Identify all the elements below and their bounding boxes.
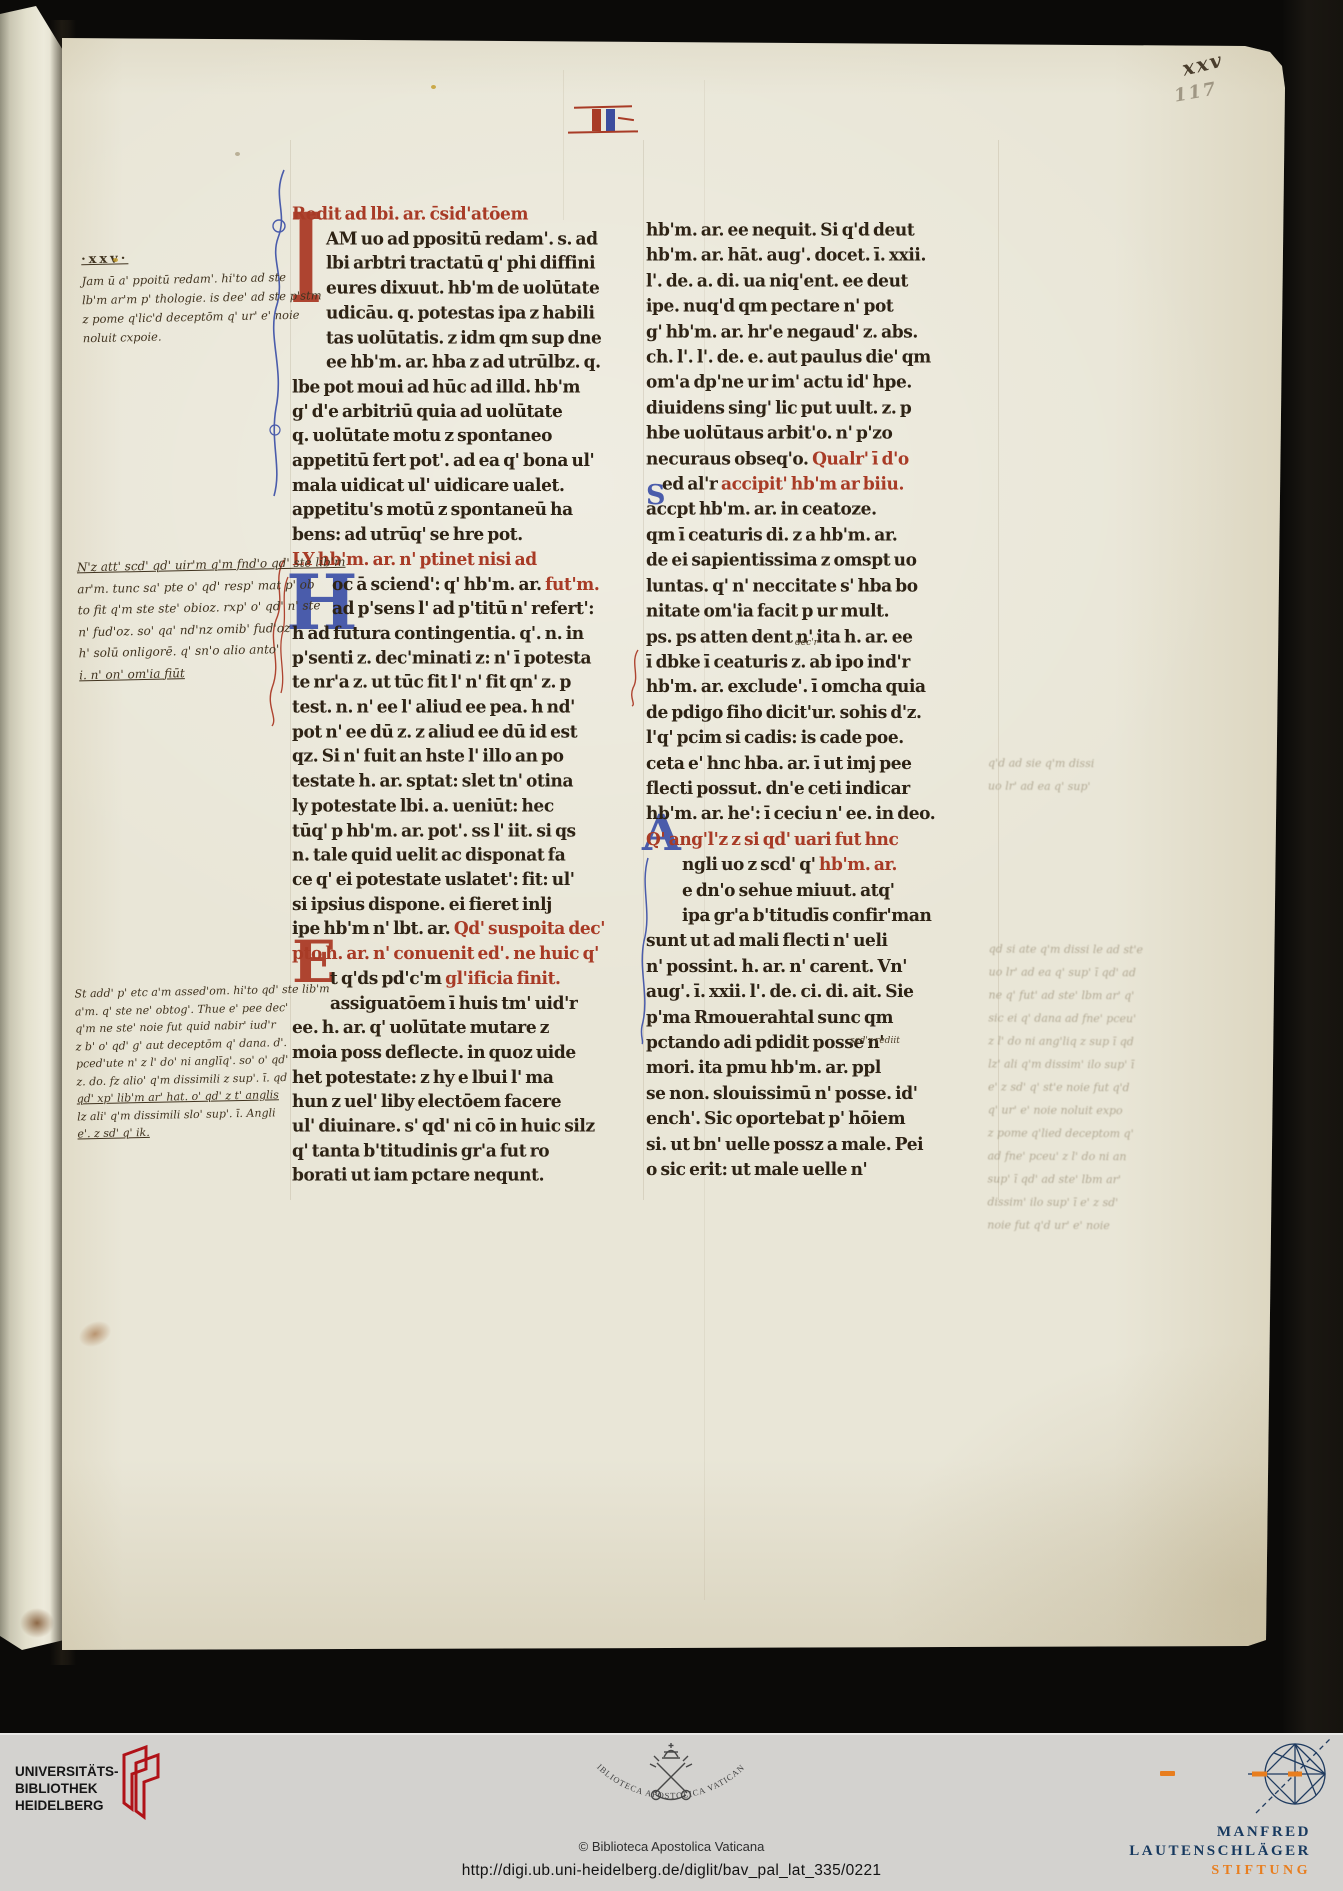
numeral-stroke [574, 105, 632, 109]
text-run: appetitu's motū z spontaneū ha [292, 500, 573, 521]
folio-number-roman: xxv [1180, 47, 1226, 80]
text-line: ee. h. ar. q' uolūtate mutare z [292, 1016, 644, 1041]
interlinear-gloss: dec'r [795, 638, 818, 648]
stiftung-logo [1228, 1737, 1338, 1817]
text-run: hb'm. ar. he': ī ceciu n' ee. in deo. [646, 804, 935, 825]
text-run: AM uo ad ppositū redam'. s. ad [326, 229, 598, 250]
text-line: h ad futura contingentia. q'. n. in [292, 622, 644, 647]
text-line: appetitu's motū z spontaneū ha [292, 499, 644, 524]
scan-photo-area: xxv 117 I H E S [0, 0, 1343, 1733]
text-run: de ei sapientissima z omspt uo [646, 550, 917, 571]
ub-heidelberg-logo-text: UNIVERSITÄTS- BIBLIOTHEK HEIDELBERG [15, 1763, 119, 1814]
text-run: ad fne' pceu' z l' do ni an [988, 1150, 1127, 1164]
text-run: necuraus obseq'o. [646, 449, 812, 470]
text-run: lz' ali q'm dissim' ilo sup' ī [988, 1058, 1134, 1072]
text-line: udicāu. q. potestas ipa z habili [292, 302, 644, 327]
text-run: q'm ne ste' noie fut quid nabir' iud'r [75, 1018, 276, 1035]
text-line: AM uo ad ppositū redam'. s. ad [292, 228, 644, 253]
text-run: uo lr' ad ea q' sup' [988, 780, 1091, 794]
text-run: udicāu. q. potestas ipa z habili [326, 303, 595, 324]
text-line: e'. z sd' q' ik. [77, 1121, 312, 1143]
gold-speck [431, 85, 436, 89]
text-line: uo lr' ad ea q' sup' [988, 775, 1158, 799]
text-line: lbe pot moui ad hūc ad illd. hb'm [292, 376, 644, 401]
text-line: necuraus obseq'o. Qualr' ī d'o [646, 446, 998, 471]
text-run: q. uolūtate motu z spontaneo [292, 426, 552, 447]
text-line: testate h. ar. sptat: slet tn' otina [292, 770, 644, 795]
text-run: z l' do ni ang'liq z sup ī qd [988, 1035, 1134, 1049]
text-line: tūq' p hb'm. ar. pot'. ss l' iit. si qs [292, 819, 644, 844]
text-run: z pome q'lic'd deceptōm q' ur' e' noie [82, 308, 299, 327]
text-run: hb'm. ar. exclude'. ī omcha quia [646, 677, 926, 698]
text-line: q. uolūtate motu z spontaneo [292, 425, 644, 450]
text-run: sic ei q' dana ad fne' pceu' [988, 1012, 1136, 1026]
text-run: p'senti z. dec'minati z: n' ī potesta [292, 648, 591, 669]
gold-speck [113, 258, 118, 262]
text-run: aug'. ī. xxii. l'. de. ci. di. ait. Sie [646, 982, 914, 1003]
background-cloth [1283, 0, 1343, 1733]
text-line: sunt ut ad mali flecti n' ueli [646, 929, 998, 954]
text-line: ly potestate lbi. a. ueniūt: hec [292, 795, 644, 820]
text-run: ī dbke ī ceaturis z. ab ipo ind'r [646, 652, 910, 673]
text-run: si ipsius dispone. ei fieret inlj [292, 894, 552, 915]
text-line: hb'm. ar. exclude'. ī omcha quia [646, 675, 998, 700]
numeral-stroke [568, 130, 638, 133]
text-run: oc ā sciend': q' hb'm. ar. [332, 574, 545, 595]
text-run: pot n' ee dū z. z aliud ee dū id est [292, 722, 577, 743]
text-line: qm ī ceaturis di. z a hb'm. ar. [646, 523, 998, 548]
text-run: e' z sd' q' st'e noie fut q'd [988, 1081, 1130, 1095]
text-run: testate h. ar. sptat: slet tn' otina [292, 771, 573, 792]
text-line: de ei sapientissima z omspt uo [646, 548, 998, 573]
text-run: ipe. nuq'd qm pectare n' pot [646, 296, 893, 317]
text-line: dissim' ilo sup' ī e' z sd' [987, 1191, 1167, 1215]
text-run: uo lr' ad ea q' sup' ī qd' ad [989, 966, 1136, 980]
text-run: appetitū fert pot'. ad ea q' bona ul' [292, 451, 594, 472]
text-line: n. tale quid uelit ac disponat fa [292, 844, 644, 869]
text-line: e dn'o sehue miuut. atq' [646, 878, 998, 903]
text-run: dissim' ilo sup' ī e' z sd' [987, 1196, 1118, 1210]
text-run: hun z uel' liby electōem facere [292, 1091, 561, 1112]
text-line: ipa gr'a b'titudīs confir'man [646, 903, 998, 928]
stiftung-logo-text: MANFRED LAUTENSCHLÄGER STIFTUNG [1129, 1823, 1311, 1880]
text-run: a'm. q' ste ne' obtog'. Thue e' pee dec' [75, 1001, 289, 1018]
text-line: noie fut q'd ur' e' noie [987, 1214, 1167, 1238]
text-line: p'ma Rmouerahtal sunc qm [646, 1005, 998, 1030]
text-line: ch. l'. l'. de. e. aut paulus die' qm [646, 345, 998, 370]
text-run: test. n. n' ee l' aliud ee pea. h nd' [292, 697, 575, 718]
text-line: l'. de. a. di. ua niq'ent. ee deut [646, 269, 998, 294]
text-line: g' d'e arbitriū quia ad uolūtate [292, 400, 644, 425]
text-line: se non. slouissimū n' posse. id' [646, 1081, 998, 1106]
text-run: h ad futura contingentia. q'. n. in [292, 623, 584, 644]
text-run: flecti possut. dn'e ceti indicar [646, 778, 910, 799]
text-run: gl'ificia finit. [445, 968, 560, 989]
text-line: diuidens sing' lic put uult. z. p [646, 396, 998, 421]
margin-note: St add' p' etc a'm assed'om. hi'to qd' s… [74, 981, 312, 1143]
text-line: tas uolūtatis. z idm qm sup dne [292, 326, 644, 351]
text-run: borati ut iam pctare nequnt. [292, 1165, 544, 1186]
text-run: hbe uolūtaus arbit'o. n' p'zo [646, 423, 892, 444]
text-line: assiguatōem ī huis tm' uid'r [292, 992, 644, 1017]
text-column-left: Redit ad lbi. ar. c̄sid'atōemAM uo ad pp… [292, 203, 644, 1189]
text-line: ne q' fut' ad ste' lbm ar' q' [988, 984, 1168, 1008]
text-run: pto h. ar. n' conuenit ed'. ne huic q' [292, 944, 599, 965]
interlinear-gloss: scd'r rediit [850, 1036, 900, 1046]
text-run: Qd' suspoita dec' [454, 919, 605, 940]
margin-note-body: St add' p' etc a'm assed'om. hi'to qd' s… [74, 981, 312, 1143]
text-run: Qualr' ī d'o [812, 449, 909, 470]
text-run: pctando adi pdidit posse n' [646, 1032, 884, 1053]
text-line: flecti possut. dn'e ceti indicar [646, 776, 998, 801]
text-run: om'a dp'ne ur im' actu id' hpe. [646, 372, 912, 393]
text-run: ed al'r [662, 474, 721, 495]
text-line: g' hb'm. ar. hr'e negaud' z. abs. [646, 320, 998, 345]
numeral-flourish [618, 117, 634, 121]
text-run: ench'. Sic oportebat p' hōiem [646, 1108, 905, 1129]
show-through-text: qd si ate q'm dissi le ad st'euo lr' ad … [987, 938, 1169, 1238]
text-line: o sic erit: ut male uelle n' [646, 1157, 998, 1182]
text-line: ce q' ei potestate uslatet': fit: ul' [292, 869, 644, 894]
ub-logo-line3: HEIDELBERG [15, 1797, 119, 1814]
crease-line [563, 70, 564, 220]
text-line: mala uidicat ul' uidicare ualet. [292, 474, 644, 499]
text-run: q'd ad sie q'm dissi [988, 757, 1094, 771]
text-line: si. ut bn' uelle possz a male. Pei [646, 1132, 998, 1157]
text-run: het potestate: z hy e lbui l' ma [292, 1067, 553, 1088]
text-run: ee. h. ar. q' uolūtate mutare z [292, 1018, 549, 1039]
text-run: g' hb'm. ar. hr'e negaud' z. abs. [646, 322, 918, 343]
text-run: se non. slouissimū n' posse. id' [646, 1083, 918, 1104]
manuscript-page: xxv 117 I H E S [62, 30, 1285, 1652]
text-run: q' ur' e' noie noluit expo [988, 1104, 1123, 1118]
folio-number-arabic: 117 [1173, 78, 1220, 106]
text-run: n. tale quid uelit ac disponat fa [292, 845, 565, 866]
margin-note-body: Jam ū a' ppoitū redam'. hi'to ad stelb'm… [81, 268, 298, 348]
text-line: n' possint. h. ar. n' carent. Vn' [646, 954, 998, 979]
text-run: tūq' p hb'm. ar. pot'. ss l' iit. si qs [292, 820, 576, 841]
text-run: ad p'sens l' ad p'titū n' refert': [332, 598, 594, 619]
text-line: pctando adi pdidit posse n' [646, 1030, 998, 1055]
text-run: te nr'a z. ut tūc fit l' n' fit qn' z. p [292, 672, 571, 693]
text-run: l'. de. a. di. ua niq'ent. ee deut [646, 271, 908, 292]
text-line: ipe hb'm n' lbt. ar. Qd' suspoita dec' [292, 918, 644, 943]
text-run: q' tanta b'titudinis gr'a fut ro [292, 1141, 549, 1162]
text-line: om'a dp'ne ur im' actu id' hpe. [646, 370, 998, 395]
text-run: o sic erit: ut male uelle n' [646, 1159, 867, 1180]
text-line: hb'm. ar. hāt. aug'. docet. ī. xxii. [646, 243, 998, 268]
margin-note-body: N'z att' scd' qd' uir'm q'm fnd'o qd' st… [77, 553, 305, 687]
text-line: Redit ad lbi. ar. c̄sid'atōem [292, 203, 644, 228]
text-run: sunt ut ad mali flecti n' ueli [646, 931, 888, 952]
text-line: ipe. nuq'd qm pectare n' pot [646, 294, 998, 319]
ink-stain [75, 1316, 116, 1352]
text-run: noluit cxpoie. [83, 330, 162, 346]
text-run: ar'm. tunc sa' pte o' qd' resp' mat p' o… [77, 577, 315, 596]
text-run: qd' xp' lib'm ar' hat. o' qd' z t' angli… [77, 1088, 279, 1105]
text-run: i. n' on' om'ia fiūt [79, 666, 185, 682]
text-line: nitate om'ia facit p ur mult. [646, 599, 998, 624]
text-run: hb'm. ar. [819, 855, 897, 876]
text-run: tas uolūtatis. z idm qm sup dne [326, 327, 601, 348]
text-line: ps. ps atten dent n' ita h. ar. ee [646, 624, 998, 649]
text-line: aug'. ī. xxii. l'. de. ci. di. ait. Sie [646, 979, 998, 1004]
text-line: lbi arbtri tractatū q' phi diffini [292, 252, 644, 277]
text-line: q' tanta b'titudinis gr'a fut ro [292, 1140, 644, 1165]
text-line: q' ur' e' noie noluit expo [988, 1099, 1168, 1123]
ub-logo-line1: UNIVERSITÄTS- [15, 1763, 119, 1780]
text-run: hb'm. ar. ee nequit. Si q'd deut [646, 220, 914, 241]
text-run: ipe hb'm n' lbt. ar. [292, 919, 454, 940]
text-run: assiguatōem ī huis tm' uid'r [330, 993, 577, 1014]
text-line: accpt hb'm. ar. in ceatoze. [646, 497, 998, 522]
text-run: ee hb'm. ar. hba z ad utrūlbz. q. [326, 352, 601, 373]
text-run: ly potestate lbi. a. ueniūt: hec [292, 796, 554, 817]
text-line: hb'm. ar. he': ī ceciu n' ee. in deo. [646, 802, 998, 827]
digitized-manuscript-viewer: xxv 117 I H E S [0, 0, 1343, 1891]
text-run: pced'ute n' z l' do' ni anglīq'. so' o' … [76, 1053, 289, 1070]
text-line: pot n' ee dū z. z aliud ee dū id est [292, 721, 644, 746]
text-run: n' possint. h. ar. n' carent. Vn' [646, 956, 907, 977]
text-run: p'ma Rmouerahtal sunc qm [646, 1007, 893, 1028]
text-line: ench'. Sic oportebat p' hōiem [646, 1106, 998, 1131]
text-run: Redit ad lbi. ar. c̄sid'atōem [292, 204, 528, 225]
text-run: moia poss deflecte. in quoz uide [292, 1042, 576, 1063]
text-column-right: hb'm. ar. ee nequit. Si q'd deuthb'm. ar… [646, 218, 998, 1183]
text-run: l'q' pcim si cadis: is cade poe. [646, 728, 904, 749]
text-run: accipit' hb'm ar biiu. [721, 474, 904, 495]
text-line: ad p'sens l' ad p'titū n' refert': [292, 597, 644, 622]
text-run: lbi arbtri tractatū q' phi diffini [326, 253, 595, 274]
ub-heidelberg-logo-icon [108, 1743, 166, 1825]
text-line: test. n. n' ee l' aliud ee pea. h nd' [292, 696, 644, 721]
stiftung-line1: MANFRED [1129, 1823, 1311, 1842]
text-line: ī dbke ī ceaturis z. ab ipo ind'r [646, 650, 998, 675]
text-run: ce q' ei potestate uslatet': fit: ul' [292, 870, 575, 891]
text-run: ngli uo z scd' q' [682, 855, 819, 876]
text-run: de pdigo fiho dicit'ur. sohis d'z. [646, 702, 921, 723]
stiftung-line3: STIFTUNG [1129, 1861, 1311, 1880]
text-run: ceta e' hnc hba. ar. ī ut imj pee [646, 753, 912, 774]
text-line: de pdigo fiho dicit'ur. sohis d'z. [646, 700, 998, 725]
text-run: fut'm. [545, 574, 599, 595]
text-run: accpt hb'm. ar. in ceatoze. [646, 499, 877, 520]
text-run: qm ī ceaturis di. z a hb'm. ar. [646, 525, 897, 546]
text-run: ps. ps atten dent n' ita h. ar. ee [646, 626, 913, 647]
text-run: g' d'e arbitriū quia ad uolūtate [292, 401, 562, 422]
text-line: mori. ita pmu hb'm. ar. ppl [646, 1056, 998, 1081]
text-run: eures dixuut. hb'm de uolūtate [326, 278, 599, 299]
text-line: borati ut iam pctare nequnt. [292, 1164, 644, 1189]
stiftung-orange-dash [1160, 1771, 1175, 1776]
text-line: uo lr' ad ea q' sup' ī qd' ad [989, 961, 1169, 985]
text-run: ul' diuinare. s' qd' ni cō in huic silz [292, 1116, 595, 1137]
text-run: n' fud'oz. so' qa' nd'nz omib' fud'oz [78, 620, 290, 638]
text-line: moia poss deflecte. in quoz uide [292, 1041, 644, 1066]
text-line: ed al'r accipit' hb'm ar biiu. [646, 472, 998, 497]
text-run: z. do. fz alio' q'm dissimili z sup'. ī.… [76, 1071, 287, 1088]
text-run: noie fut q'd ur' e' noie [987, 1219, 1110, 1233]
speck [235, 152, 240, 156]
text-run: bens: ad utrūq' se hre pot. [292, 525, 523, 546]
text-run: luntas. q' n' neccitate s' hba bo [646, 575, 918, 596]
text-line: ee hb'm. ar. hba z ad utrūlbz. q. [292, 351, 644, 376]
text-line: si ipsius dispone. ei fieret inlj [292, 893, 644, 918]
text-run: lz ali' q'm dissimili slo' sup'. ī. Angl… [77, 1106, 276, 1123]
text-line: te nr'a z. ut tūc fit l' n' fit qn' z. p [292, 671, 644, 696]
text-line: sic ei q' dana ad fne' pceu' [988, 1007, 1168, 1031]
text-run: mala uidicat ul' uidicare ualet. [292, 475, 564, 496]
text-run: ch. l'. l'. de. e. aut paulus die' qm [646, 347, 931, 368]
text-run: t q'ds pd'c'm [330, 968, 445, 989]
text-run: ne q' fut' ad ste' lbm ar' q' [988, 989, 1134, 1003]
text-run: hb'm. ar. hāt. aug'. docet. ī. xxii. [646, 245, 926, 266]
text-line: q'd ad sie q'm dissi [988, 752, 1158, 776]
text-line: qz. Si n' fuit an hste l' illo an po [292, 745, 644, 770]
text-line: e' z sd' q' st'e noie fut q'd [988, 1076, 1168, 1100]
text-line: ad fne' pceu' z l' do ni an [988, 1145, 1168, 1169]
text-line: luntas. q' n' neccitate s' hba bo [646, 573, 998, 598]
text-run: qz. Si n' fuit an hste l' illo an po [292, 746, 564, 767]
text-line: t q'ds pd'c'm gl'ificia finit. [292, 967, 644, 992]
text-line: hb'm. ar. ee nequit. Si q'd deut [646, 218, 998, 243]
text-line: ceta e' hnc hba. ar. ī ut imj pee [646, 751, 998, 776]
text-line: z l' do ni ang'liq z sup ī qd [988, 1030, 1168, 1054]
text-line: z pome q'lied deceptom q' [988, 1122, 1168, 1146]
text-line: het potestate: z hy e lbui l' ma [292, 1066, 644, 1091]
text-line: lz' ali q'm dissim' ilo sup' ī [988, 1053, 1168, 1077]
text-run: z b' o' qd' g' aut deceptōm q' dana. d'. [76, 1036, 288, 1053]
text-run: ipa gr'a b'titudīs confir'man [682, 905, 931, 926]
text-line: Q' ang'l'z z si qd' uari fut hnc [646, 827, 998, 852]
text-run: e'. z sd' q' ik. [77, 1126, 150, 1141]
text-run: mori. ita pmu hb'm. ar. ppl [646, 1058, 881, 1079]
vatican-seal: BIBLIOTECA APOSTOLICA VATICANA [586, 1741, 756, 1831]
gutter-stain [20, 1608, 54, 1638]
folio-header-numeral [568, 100, 642, 138]
text-line: ul' diuinare. s' qd' ni cō in huic silz [292, 1115, 644, 1140]
ub-logo-line2: BIBLIOTHEK [15, 1780, 119, 1797]
text-run: St add' p' etc a'm assed'om. hi'to qd' s… [74, 982, 329, 1000]
text-run: lbe pot moui ad hūc ad illd. hb'm [292, 377, 580, 398]
text-run: Jam ū a' ppoitū redam'. hi'to ad ste [82, 270, 287, 288]
numeral-bar-blue [606, 109, 615, 131]
text-run: z pome q'lied deceptom q' [988, 1127, 1134, 1141]
text-line: sup' ī qd' ad ste' lbm ar' [987, 1168, 1167, 1192]
text-line: appetitū fert pot'. ad ea q' bona ul' [292, 450, 644, 475]
text-run: sup' ī qd' ad ste' lbm ar' [987, 1173, 1121, 1187]
numeral-bar-red [592, 109, 601, 131]
text-run: h' solū onligorē. q' sn'o alio anto' [79, 642, 280, 660]
text-line: p'senti z. dec'minati z: n' ī potesta [292, 647, 644, 672]
stiftung-line2: LAUTENSCHLÄGER [1129, 1842, 1311, 1861]
text-line: oc ā sciend': q' hb'm. ar. fut'm. [292, 573, 644, 598]
text-run: qd si ate q'm dissi le ad st'e [989, 943, 1143, 957]
text-line: l'q' pcim si cadis: is cade poe. [646, 726, 998, 751]
text-run: e dn'o sehue miuut. atq' [682, 880, 895, 901]
text-run: nitate om'ia facit p ur mult. [646, 601, 889, 622]
text-run: to fit q'm ste ste' obioz. rxp' o' qd' n… [78, 598, 321, 617]
show-through-text: q'd ad sie q'm dissiuo lr' ad ea q' sup' [988, 752, 1158, 799]
svg-text:BIBLIOTECA APOSTOLICA VATICANA: BIBLIOTECA APOSTOLICA VATICANA [586, 1741, 747, 1801]
text-line: hun z uel' liby electōem facere [292, 1090, 644, 1115]
text-line: hbe uolūtaus arbit'o. n' p'zo [646, 421, 998, 446]
text-run: si. ut bn' uelle possz a male. Pei [646, 1134, 923, 1155]
text-line: eures dixuut. hb'm de uolūtate [292, 277, 644, 302]
margin-note: N'z att' scd' qd' uir'm q'm fnd'o qd' st… [77, 553, 305, 687]
text-line: pto h. ar. n' conuenit ed'. ne huic q' [292, 943, 644, 968]
text-run: lb'm ar'm p' thologie. is dee' ad ste p'… [82, 288, 322, 307]
text-run: diuidens sing' lic put uult. z. p [646, 398, 911, 419]
footer-bar: UNIVERSITÄTS- BIBLIOTHEK HEIDELBERG BIBL… [0, 1733, 1343, 1891]
text-line: bens: ad utrūq' se hre pot. [292, 523, 644, 548]
text-run: Q' ang'l'z z si qd' uari fut hnc [646, 829, 898, 850]
text-line: ngli uo z scd' q' hb'm. ar. [646, 853, 998, 878]
text-line: qd si ate q'm dissi le ad st'e [989, 938, 1169, 962]
